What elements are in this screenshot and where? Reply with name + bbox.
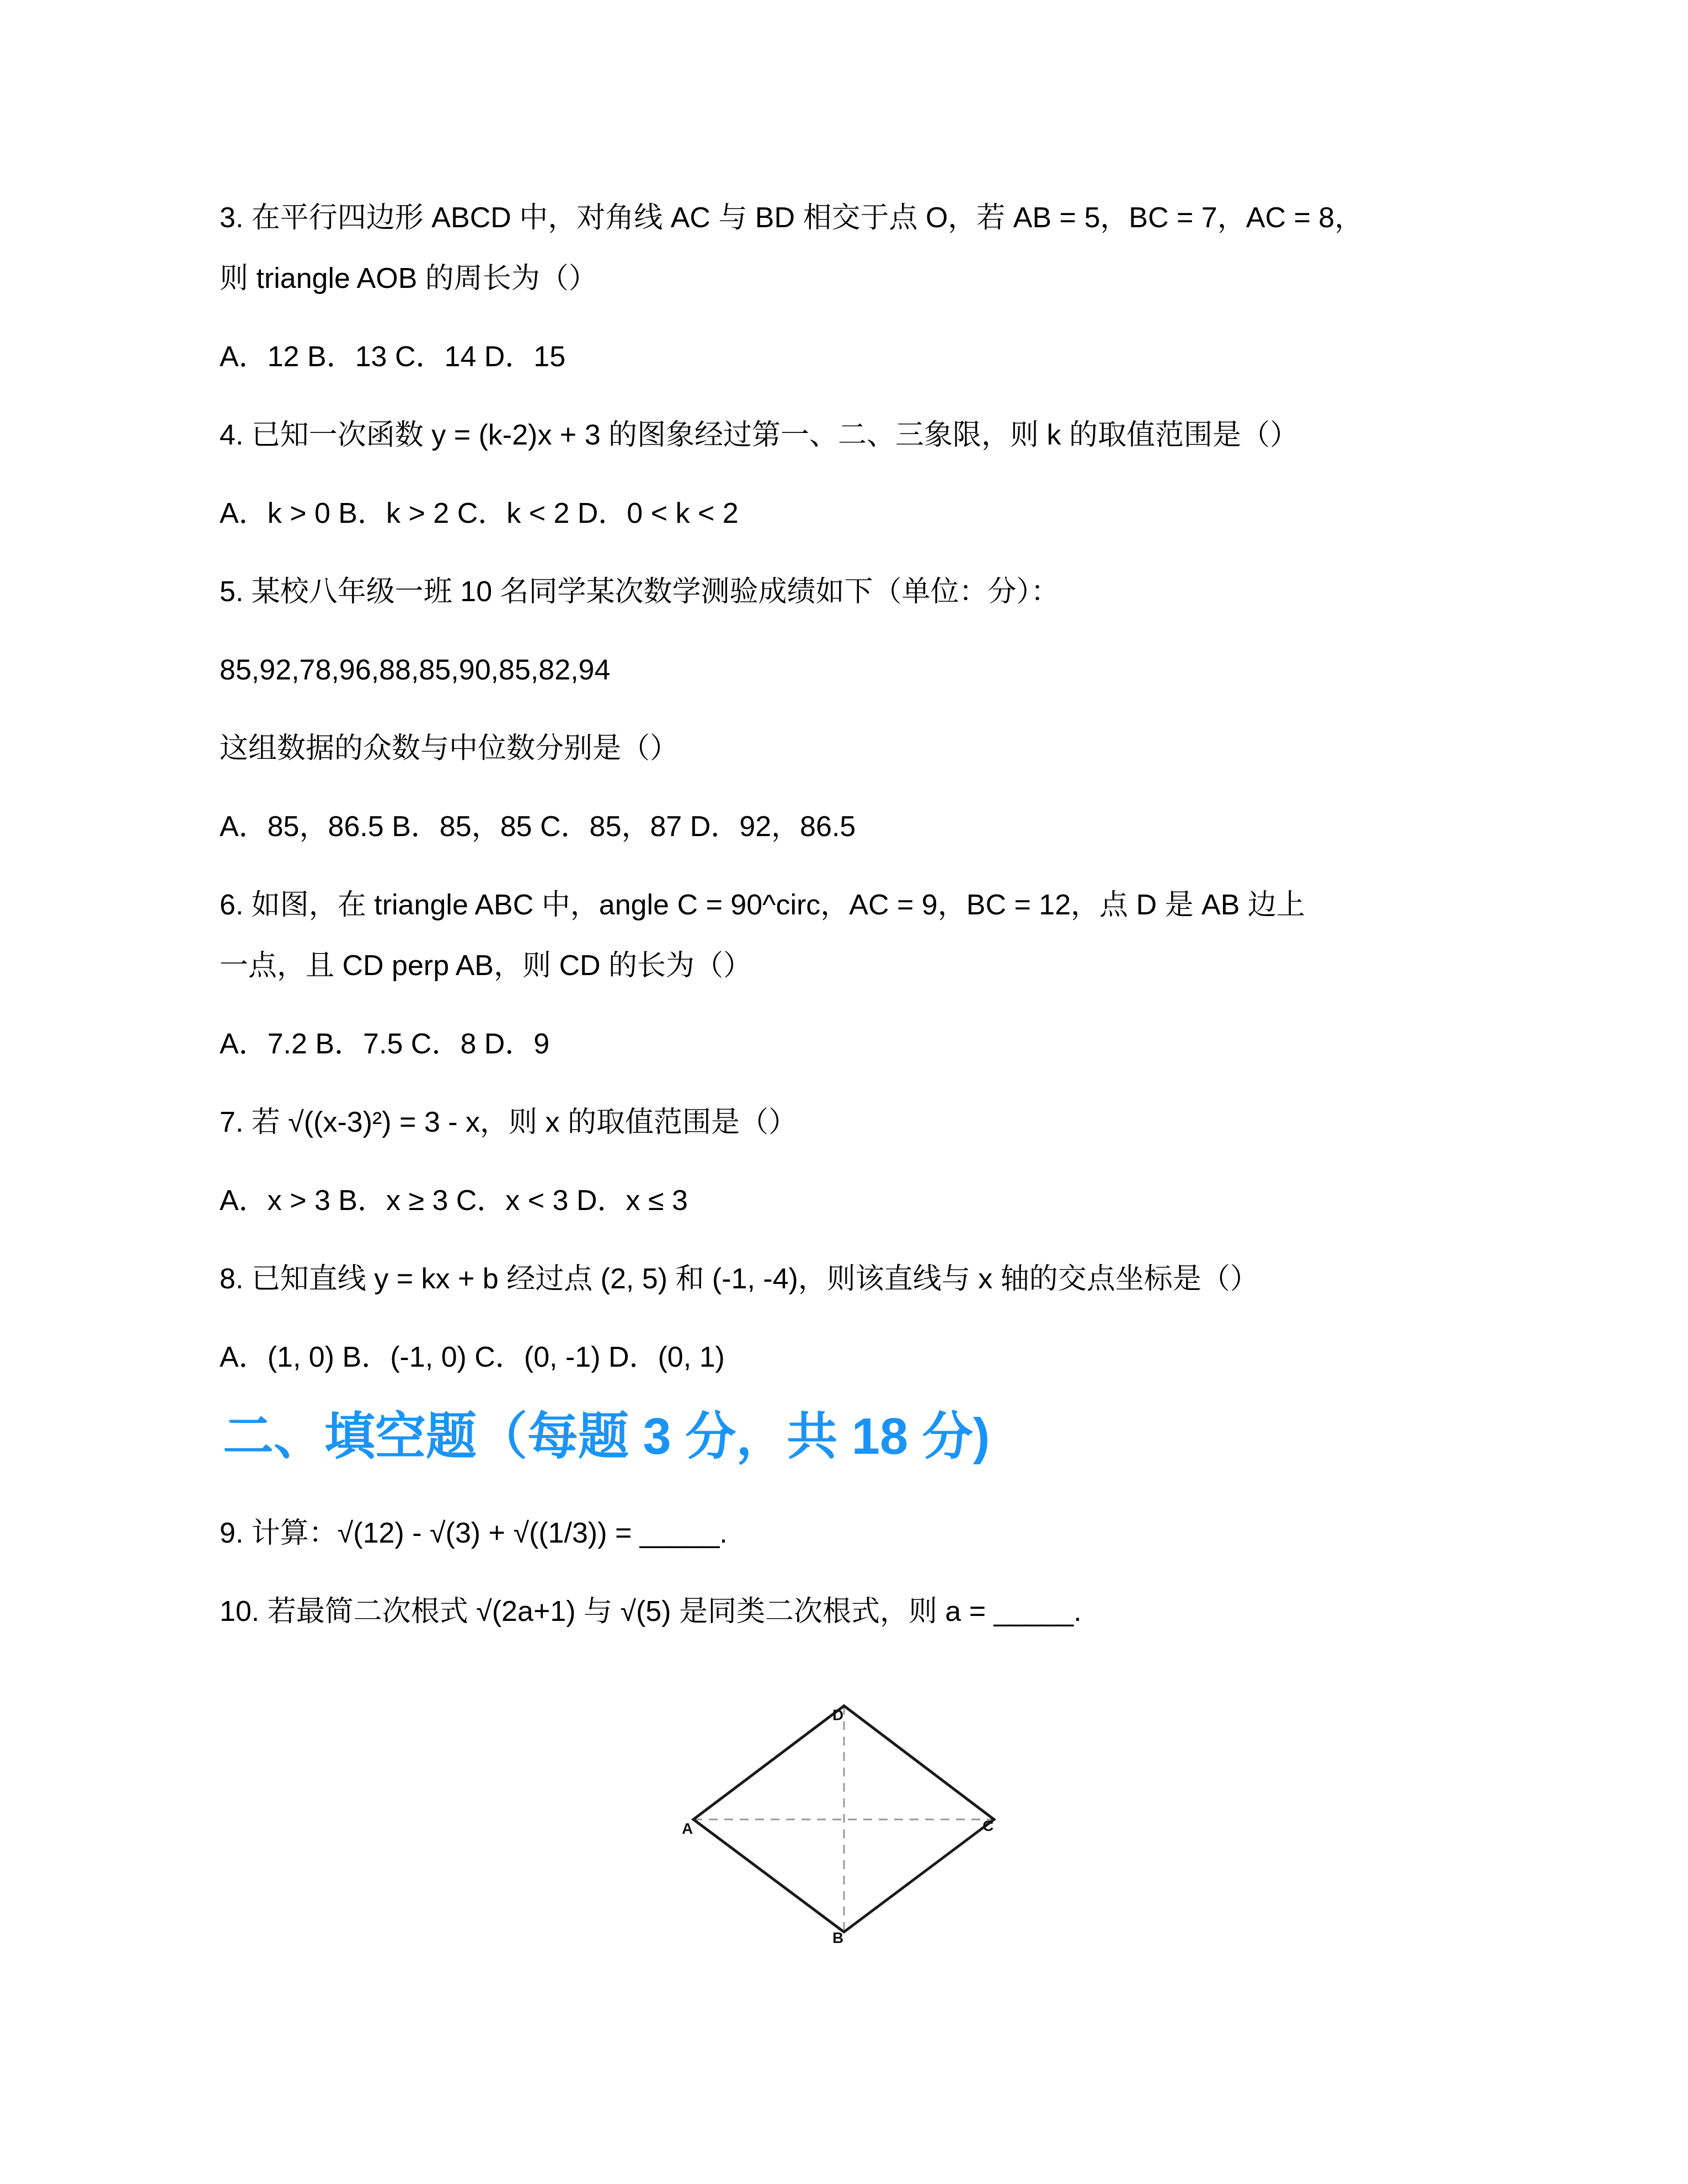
question-7-options: A．x > 3 B．x ≥ 3 C．x < 3 D．x ≤ 3 (220, 1185, 688, 1216)
question-5-line-1: 5. 某校八年级一班 10 名同学某次数学测验成绩如下（单位：分）： (220, 576, 1060, 607)
question-4-options: A．k > 0 B．k > 2 C．k < 2 D．0 < k < 2 (220, 498, 739, 529)
vertex-label-d: D (832, 1706, 843, 1723)
question-5-line-3: 这组数据的众数与中位数分别是（） (220, 733, 679, 764)
question-8-line-1: 8. 已知直线 y = kx + b 经过点 (2, 5) 和 (-1, -4)… (220, 1264, 1259, 1294)
question-3-line-2: 则 triangle AOB 的周长为（） (220, 263, 597, 294)
vertex-label-b: B (832, 1929, 843, 1946)
question-9-line-1: 9. 计算：√(12) - √(3) + √((1/3)) = _____. (220, 1518, 728, 1549)
question-3-line-1: 3. 在平行四边形 ABCD 中，对角线 AC 与 BD 相交于点 O，若 AB… (220, 202, 1363, 233)
question-5-options: A．85，86.5 B．85，85 C．85，87 D．92，86.5 (220, 811, 856, 842)
question-8-options: A．(1, 0) B．(-1, 0) C．(0, -1) D．(0, 1) (220, 1342, 725, 1373)
rhombus-figure: D A C B (662, 1677, 1026, 1963)
question-6-line-2: 一点，且 CD perp AB，则 CD 的长为（） (220, 950, 752, 981)
section-2-heading: 二、填空题（每题 3 分，共 18 分) (223, 1406, 990, 1467)
question-7-line-1: 7. 若 √((x-3)²) = 3 - x，则 x 的取值范围是（） (220, 1107, 797, 1138)
question-3-options: A．12 B．13 C．14 D．15 (220, 341, 565, 372)
question-6-line-1: 6. 如图，在 triangle ABC 中，angle C = 90^circ… (220, 890, 1305, 920)
question-4-line-1: 4. 已知一次函数 y = (k-2)x + 3 的图象经过第一、二、三象限，则… (220, 420, 1299, 451)
question-10-line-1: 10. 若最简二次根式 √(2a+1) 与 √(5) 是同类二次根式，则 a =… (220, 1596, 1082, 1627)
vertex-label-a: A (682, 1820, 693, 1837)
question-6-options: A．7.2 B．7.5 C．8 D．9 (220, 1029, 549, 1059)
question-5-scores: 85,92,78,96,88,85,90,85,82,94 (220, 655, 610, 686)
vertex-label-c: C (982, 1817, 993, 1834)
exam-page: 3. 在平行四边形 ABCD 中，对角线 AC 与 BD 相交于点 O，若 AB… (0, 0, 1688, 2184)
